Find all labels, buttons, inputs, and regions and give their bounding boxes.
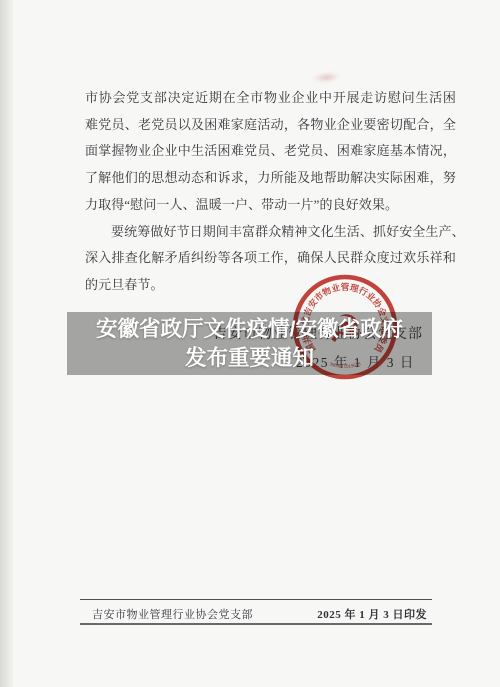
footer-bottom-rule: [80, 623, 432, 625]
footer-top-rule: [80, 599, 432, 600]
body-line: 难党员、老党员以及困难家庭活动，各物业企业要密切配合，全: [85, 112, 456, 139]
footer-issuer: 吉安市物业管理行业协会党支部: [92, 606, 253, 622]
body-line: 深入排查化解矛盾纠纷等各项工作，确保人民群众度过欢乐祥和: [85, 245, 456, 272]
scanned-document-page: 市协会党支部决定近期在全市物业企业中开展走访慰问生活困 难党员、老党员以及困难家…: [0, 0, 500, 687]
body-line: 的元旦春节。: [85, 272, 456, 299]
body-line: 市协会党支部决定近期在全市物业企业中开展走访慰问生活困: [85, 85, 456, 112]
watermark-title: 安徽省政厅文件疫情/安徽省政府发布重要通知: [86, 315, 414, 372]
watermark-band-text-layer: 安徽省政厅文件疫情/安徽省政府发布重要通知: [67, 312, 432, 375]
footer-print-date: 2025 年 1 月 3 日印发: [317, 606, 427, 622]
scan-smudge: [313, 72, 341, 84]
body-line: 力取得“慰问一人、温暖一户、带动一片”的良好效果。: [85, 192, 456, 219]
body-line: 要统筹做好节日期间丰富群众精神文化生活、抓好安全生产、: [85, 219, 456, 246]
body-line: 面掌握物业企业中生活困难党员、老党员、困难家庭基本情况，: [85, 138, 456, 165]
scan-edge-shadow: [0, 0, 13, 687]
body-line: 了解他们的思想动态和诉求，力所能及地帮助解决实际困难，努: [85, 165, 456, 192]
document-body: 市协会党支部决定近期在全市物业企业中开展走访慰问生活困 难党员、老党员以及困难家…: [85, 85, 456, 299]
